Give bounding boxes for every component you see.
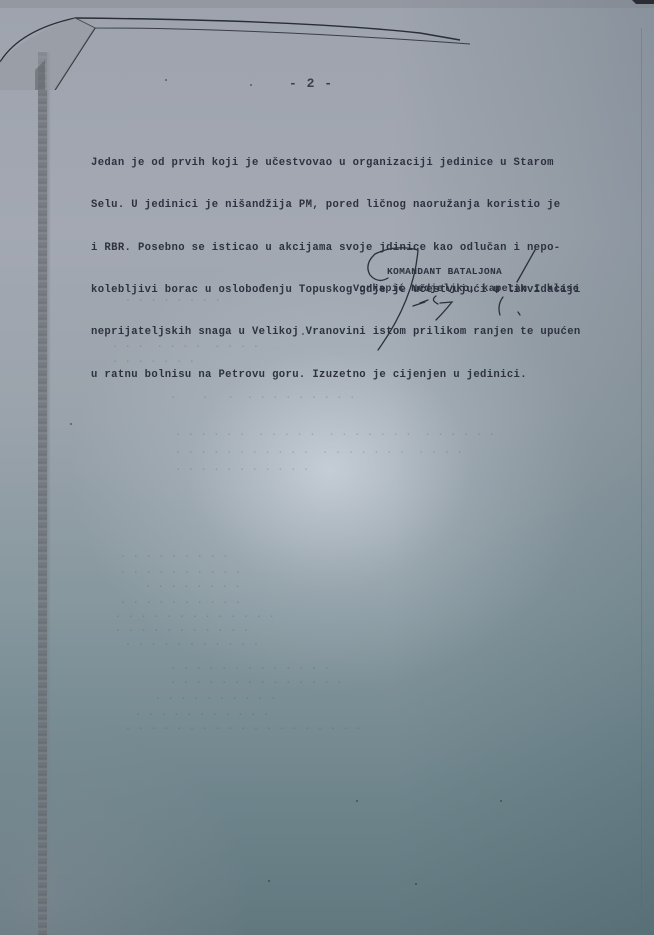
paragraph-line: u ratnu bolnisu na Petrovu goru. Izuzetn… (91, 368, 651, 382)
bleed-through-text: . . . . . . . . . . . (135, 708, 269, 719)
bleed-through-text: . . . . . . . . . . . (115, 624, 249, 635)
signature-title: KOMANDANT BATALJONA (387, 266, 502, 277)
paragraph-line: Jedan je od prvih koji je učestvovao u o… (91, 156, 651, 170)
page-number: - 2 - (289, 76, 333, 91)
binding-strip (38, 52, 47, 935)
bleed-through-text: . . . . . . . (112, 355, 195, 366)
paragraph-line: Selu. U jedinici je nišandžija PM, pored… (91, 198, 651, 212)
paper-speck (500, 800, 502, 802)
bleed-through-text: . . . . . . . . . . . (175, 463, 309, 474)
signatory-name: Vorkapić Nedjeljko, kapetan I klase (353, 284, 579, 295)
paper-speck (415, 883, 417, 885)
bleed-through-text: . . . . . . . . . . . . . (170, 662, 330, 673)
bleed-through-text: . . . . . . . . . . . . . . (170, 676, 343, 687)
paper-speck (356, 800, 358, 802)
bleed-through-text: . . . . . . . . (145, 580, 241, 591)
paragraph-line: neprijateljskih snaga u Velikoj Vranovin… (91, 325, 651, 339)
bleed-through-text: . . . . . . . . . . (120, 596, 242, 607)
paper-speck (250, 84, 252, 86)
bleed-through-text: . . . . . . . . . . (155, 692, 277, 703)
paragraph-line: i RBR. Posebno se isticao u akcijama svo… (91, 241, 651, 255)
bleed-through-text: . . . . . . . . (125, 294, 221, 305)
paper-speck (302, 333, 304, 335)
bleed-through-text: . . . . . . . . . . . . . (115, 610, 275, 621)
bleed-through-text: . . . . . . . . . . . (125, 638, 259, 649)
bleed-through-text: . . . . . . . . . . . . (170, 391, 356, 402)
bleed-through-text: . . . . . . . . . . (120, 566, 242, 577)
bleed-through-text: . . . . . . . . . . . . . . . . . . . . … (175, 446, 463, 457)
paper-speck (268, 880, 270, 882)
bleed-through-text: . . . . . . . . . (120, 550, 229, 561)
bleed-through-text: . . . . . . . . . . . (112, 340, 259, 351)
bleed-through-text: . . . . . . . . . . . . . . . . . . . . … (175, 428, 495, 439)
binding-strip-edge (47, 52, 51, 935)
bleed-through-text: . . . . . . . . . . . . . . . . . . . (125, 722, 362, 733)
paper-speck (70, 423, 72, 425)
paper-speck (165, 79, 167, 81)
